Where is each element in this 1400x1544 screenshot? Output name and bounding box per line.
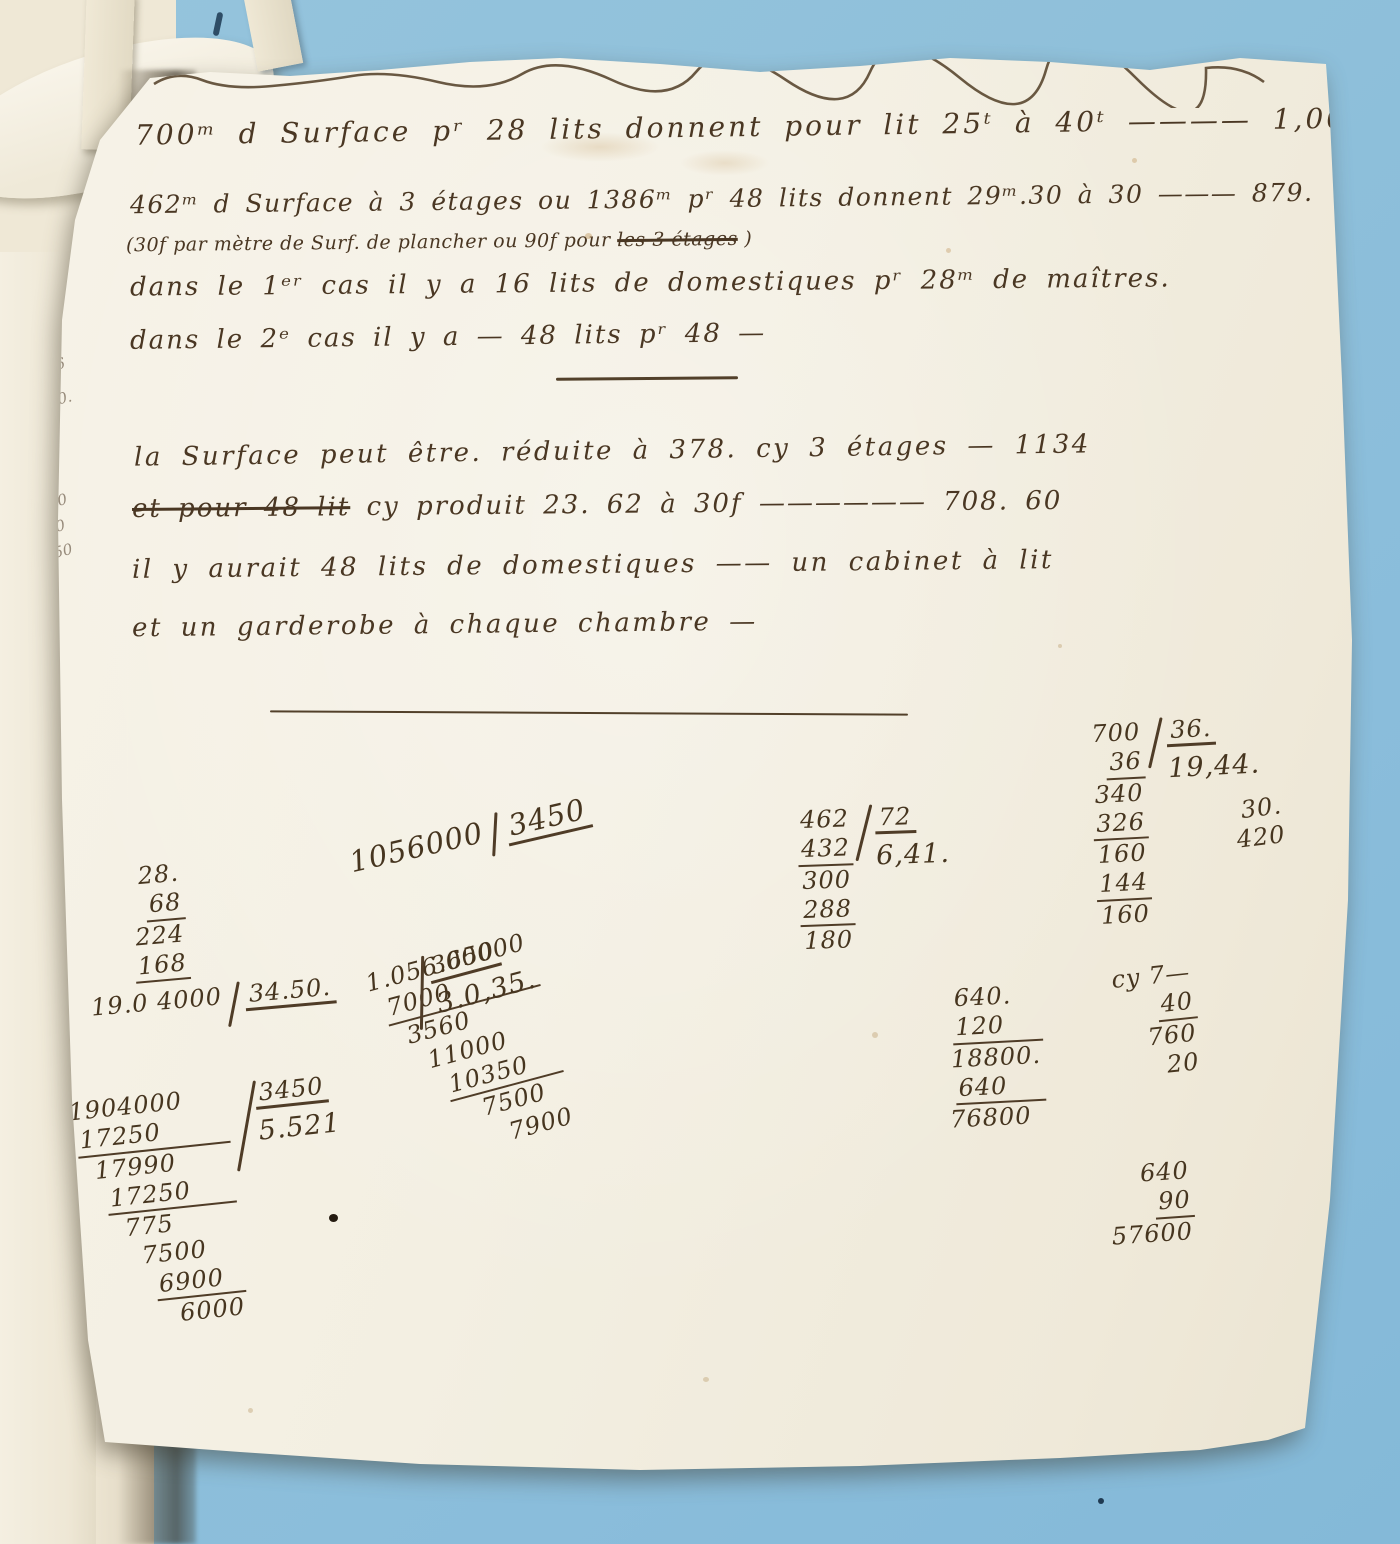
- note-prefix: (30f par mètre de Surf. de plancher ou 9…: [126, 229, 617, 256]
- calc-row: 700: [1088, 717, 1144, 749]
- calc-row: 340: [1091, 778, 1147, 810]
- division-slash: [228, 981, 240, 1027]
- calc-quotient: 19,44.: [1167, 748, 1260, 784]
- calc-row: 640.: [950, 980, 1041, 1014]
- calc-notes-right: cy 7—4076020: [1100, 958, 1204, 1086]
- calc-row: 144: [1096, 868, 1152, 902]
- calc-row: 120: [952, 1009, 1043, 1045]
- division-slash: [237, 1080, 256, 1171]
- calc-row: 160: [1094, 838, 1150, 870]
- stain: [680, 150, 770, 176]
- calc-row: 462: [797, 804, 853, 835]
- foxing-speck: [946, 248, 951, 253]
- line-rest: cy produit 23. 62 à 30f —————— 708. 60: [350, 486, 1062, 522]
- calc-sum-640-90: 6409057600: [1073, 1156, 1197, 1254]
- calc-divisor: 3450: [253, 1071, 329, 1109]
- calc-row: 168: [134, 948, 191, 984]
- foxing-speck: [703, 1377, 709, 1382]
- margin-number: 150: [42, 540, 74, 564]
- stain: [540, 132, 660, 162]
- calc-result: 19.0 4000: [90, 982, 223, 1021]
- note-suffix: ): [738, 228, 753, 250]
- calc-row: 90: [1154, 1185, 1195, 1219]
- calc-row: 68: [145, 888, 186, 923]
- calc-row: 288: [800, 894, 856, 927]
- calc-row: 160: [1097, 899, 1153, 931]
- calc-row: 36: [1106, 747, 1146, 780]
- calc-row: 40: [1156, 987, 1198, 1022]
- calc-row: 180: [801, 925, 857, 956]
- manuscript-page: 700ᵐ d Surface pʳ 28 lits donnent pour l…: [0, 0, 1400, 1544]
- margin-number: 16: [44, 354, 67, 376]
- photo-canvas: 700ᵐ d Surface pʳ 28 lits donnent pour l…: [0, 0, 1400, 1544]
- foxing-speck: [1132, 158, 1137, 163]
- foxing-speck: [585, 233, 592, 239]
- calc-div-1904000-3450: 1904000172501799017250775750069006000 34…: [64, 1070, 360, 1337]
- calc-row: 420: [1232, 820, 1290, 856]
- manuscript-line: il y aurait 48 lits de domestiques —— un…: [132, 545, 1054, 586]
- calc-frag-30-420: 30.420: [1229, 791, 1291, 856]
- manuscript-line: 462ᵐ d Surface à 3 étages ou 1386ᵐ pʳ 48…: [130, 178, 1314, 220]
- calc-div-462-72: 462432300288180 72 6,41.: [765, 801, 953, 958]
- calc-row: 20: [1163, 1047, 1204, 1080]
- foxing-speck: [248, 1408, 253, 1413]
- calc-row: 76800: [946, 1101, 1047, 1135]
- struck-words: les 3 étages: [617, 228, 738, 251]
- margin-number: 60: [46, 490, 69, 512]
- manuscript-line: dans le 2ᵉ cas il y a — 48 lits pʳ 48 —: [130, 318, 767, 357]
- manuscript-line: et pour 48 lit cy produit 23. 62 à 30f —…: [132, 486, 1063, 525]
- calc-divisor: 36.: [1165, 714, 1216, 748]
- calc-row: 640: [1136, 1156, 1193, 1189]
- paper: 700ᵐ d Surface pʳ 28 lits donnent pour l…: [0, 0, 1400, 1544]
- top-flourish: [150, 56, 1340, 108]
- calc-row: 6000: [176, 1292, 250, 1329]
- calc-mult-28x68: 28.68224168 19.0 4000 34.50.: [85, 846, 338, 1039]
- calc-quotient: 6,41.: [876, 838, 951, 872]
- calc-divisor: 72: [874, 802, 916, 834]
- ink-dot: [329, 1214, 338, 1222]
- ink-rule-long: [270, 710, 908, 715]
- calc-row: 326: [1092, 807, 1148, 841]
- struck-words: et pour 48 lit: [132, 492, 351, 524]
- division-slash: [1148, 717, 1163, 768]
- calc-row: 300: [799, 865, 855, 896]
- calc-divisor: 34.50.: [244, 973, 337, 1012]
- manuscript-line: et un garderobe à chaque chambre —: [132, 607, 758, 645]
- manuscript-line: dans le 1ᵉʳ cas il y a 16 lits de domest…: [130, 263, 1171, 303]
- calc-div-1056000-3650: 1.056.0000070003560110001035075007900 36…: [360, 928, 576, 1173]
- calc-dividend: 1056000: [346, 815, 486, 879]
- manuscript-line: la Surface peut être. réduite à 378. cy …: [134, 429, 1091, 474]
- foxing-speck: [872, 1032, 878, 1038]
- calc-quotient: 5.521: [257, 1107, 342, 1146]
- calc-row: 57600: [1108, 1216, 1197, 1251]
- calc-row: 432: [798, 833, 854, 866]
- margin-number: 10.: [46, 387, 74, 410]
- calc-row: 640: [955, 1069, 1046, 1105]
- division-slash: [855, 804, 872, 861]
- calc-divisor: 3450: [501, 791, 593, 846]
- ink-rule-short: [556, 376, 738, 381]
- calc-div-1056000-3450: 1056000 3450: [346, 791, 595, 889]
- manuscript-line: 700ᵐ d Surface pʳ 28 lits donnent pour l…: [135, 101, 1380, 152]
- division-slash: [492, 812, 497, 856]
- calc-sum-640-120: 640.12018800.64076800: [950, 980, 1048, 1135]
- manuscript-line: (30f par mètre de Surf. de plancher ou 9…: [126, 228, 752, 257]
- margin-number: 90: [44, 516, 67, 538]
- foxing-speck: [1058, 644, 1062, 648]
- calc-row: 28.: [134, 858, 184, 891]
